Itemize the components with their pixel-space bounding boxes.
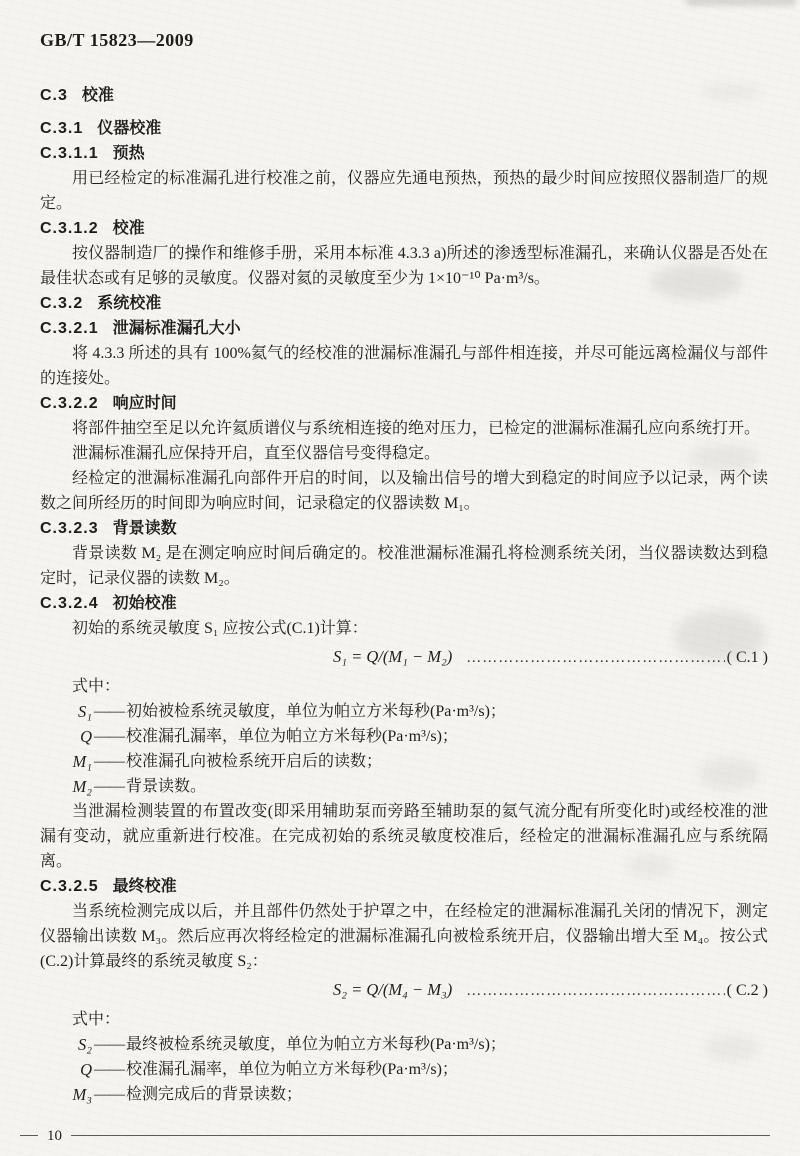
heading-title: 最终校准 (113, 878, 177, 895)
scan-smudge (686, 0, 796, 6)
definition-symbol: M₁ (40, 749, 92, 774)
heading-c324: C.3.2.4初始校准 (40, 591, 768, 616)
definition-dash: —— (92, 1057, 126, 1082)
heading-number: C.3.2 (40, 295, 83, 312)
definition-dash: —— (92, 699, 126, 724)
heading-title: 校准 (82, 87, 114, 104)
heading-title: 响应时间 (113, 395, 177, 412)
heading-number: C.3.2.5 (40, 878, 99, 895)
document-body: C.3校准 C.3.1仪器校准 C.3.1.1预热 用已经检定的标准漏孔进行校准… (40, 83, 768, 1107)
definition-symbol: S₁ (40, 699, 92, 724)
paragraph-warmup: 用已经检定的标准漏孔进行校准之前，仪器应先通电预热，预热的最少时间应按照仪器制造… (40, 166, 768, 216)
formula-expression: S₁ = Q/(M₁ − M₂) (333, 644, 452, 669)
paragraph-response-2: 泄漏标准漏孔应保持开启，直至仪器信号变得稳定。 (40, 441, 768, 466)
heading-title: 初始校准 (113, 595, 177, 612)
heading-number: C.3.2.3 (40, 520, 99, 537)
document-page: GB/T 15823—2009 C.3校准 C.3.1仪器校准 C.3.1.1预… (0, 0, 800, 1156)
paragraph-response-3: 经检定的泄漏标准漏孔向部件开启的时间，以及输出信号的增大到稳定的时间应予以记录，… (40, 466, 768, 516)
formula-number: ( C.2 ) (727, 978, 768, 1003)
definition-row: M₃ —— 检测完成后的背景读数； (40, 1082, 768, 1107)
definition-row: Q —— 校准漏孔漏率，单位为帕立方米每秒(Pa·m³/s)； (40, 724, 768, 749)
definition-text: 背景读数。 (126, 774, 768, 799)
heading-c312: C.3.1.2校准 (40, 216, 768, 241)
definition-text: 校准漏孔向被检系统开启后的读数； (126, 749, 768, 774)
heading-c32: C.3.2系统校准 (40, 291, 768, 316)
definition-dash: —— (92, 749, 126, 774)
heading-number: C.3.2.1 (40, 320, 99, 337)
heading-title: 预热 (113, 145, 145, 162)
heading-number: C.3.1.1 (40, 145, 99, 162)
heading-number: C.3.1 (40, 120, 83, 137)
definition-symbol: M₃ (40, 1082, 92, 1107)
definition-symbol: Q (40, 724, 92, 749)
definition-dash: —— (92, 1082, 126, 1107)
heading-c325: C.3.2.5最终校准 (40, 874, 768, 899)
heading-title: 系统校准 (97, 295, 161, 312)
paragraph-response-1: 将部件抽空至足以允许氦质谱仪与系统相连接的绝对压力，已检定的泄漏标准漏孔应向系统… (40, 416, 768, 441)
heading-c323: C.3.2.3背景读数 (40, 516, 768, 541)
definition-symbol: M₂ (40, 774, 92, 799)
paragraph-calibration: 按仪器制造厂的操作和维修手册，采用本标准 4.3.3 a)所述的渗透型标准漏孔，… (40, 241, 768, 291)
heading-title: 背景读数 (113, 520, 177, 537)
definition-row: Q —— 校准漏孔漏率，单位为帕立方米每秒(Pa·m³/s)； (40, 1057, 768, 1082)
definition-symbol: Q (40, 1057, 92, 1082)
definition-symbol: S₂ (40, 1032, 92, 1057)
definition-text: 最终被检系统灵敏度，单位为帕立方米每秒(Pa·m³/s)； (126, 1032, 768, 1057)
footer-rule: 10 (20, 1135, 770, 1136)
formula-c2: S₂ = Q/(M₄ − M₃) ……………………………………………………………… (40, 974, 768, 1007)
definition-dash: —— (92, 774, 126, 799)
standard-number: GB/T 15823—2009 (40, 30, 768, 51)
heading-c31: C.3.1仪器校准 (40, 116, 768, 141)
heading-title: 泄漏标准漏孔大小 (113, 320, 241, 337)
definition-row: M₂ —— 背景读数。 (40, 774, 768, 799)
definition-text: 校准漏孔漏率，单位为帕立方米每秒(Pa·m³/s)； (126, 724, 768, 749)
heading-title: 仪器校准 (97, 120, 161, 137)
heading-c321: C.3.2.1泄漏标准漏孔大小 (40, 316, 768, 341)
formula-leader-dots: …………………………………………………………………… (466, 979, 724, 1004)
paragraph-leak-size: 将 4.3.3 所述的具有 100%氦气的经校准的泄漏标准漏孔与部件相连接，并尽… (40, 341, 768, 391)
heading-number: C.3.1.2 (40, 220, 99, 237)
formula-expression: S₂ = Q/(M₄ − M₃) (333, 977, 452, 1002)
definition-text: 检测完成后的背景读数； (126, 1082, 768, 1107)
definition-dash: —— (92, 724, 126, 749)
formula-c1: S₁ = Q/(M₁ − M₂) ……………………………………………………………… (40, 641, 768, 674)
heading-c311: C.3.1.1预热 (40, 141, 768, 166)
definition-row: S₂ —— 最终被检系统灵敏度，单位为帕立方米每秒(Pa·m³/s)； (40, 1032, 768, 1057)
definition-text: 初始被检系统灵敏度，单位为帕立方米每秒(Pa·m³/s)； (126, 699, 768, 724)
paragraph-recalibrate: 当泄漏检测装置的布置改变(即采用辅助泵而旁路至辅助泵的氦气流分配有所变化时)或经… (40, 799, 768, 874)
heading-number: C.3.2.2 (40, 395, 99, 412)
heading-number: C.3 (40, 87, 68, 104)
definition-row: S₁ —— 初始被检系统灵敏度，单位为帕立方米每秒(Pa·m³/s)； (40, 699, 768, 724)
definition-text: 校准漏孔漏率，单位为帕立方米每秒(Pa·m³/s)； (126, 1057, 768, 1082)
formula-leader-dots: …………………………………………………………………… (466, 646, 724, 671)
heading-c3: C.3校准 (40, 83, 768, 108)
definition-row: M₁ —— 校准漏孔向被检系统开启后的读数； (40, 749, 768, 774)
where-label: 式中： (40, 1007, 768, 1032)
paragraph-background: 背景读数 M₂ 是在测定响应时间后确定的。校准泄漏标准漏孔将检测系统关闭，当仪器… (40, 541, 768, 591)
heading-title: 校准 (113, 220, 145, 237)
heading-number: C.3.2.4 (40, 595, 99, 612)
where-label: 式中： (40, 674, 768, 699)
heading-c322: C.3.2.2响应时间 (40, 391, 768, 416)
page-number: 10 (38, 1123, 71, 1149)
formula-number: ( C.1 ) (727, 645, 768, 670)
paragraph-initial-intro: 初始的系统灵敏度 S₁ 应按公式(C.1)计算： (40, 616, 768, 641)
paragraph-final-intro: 当系统检测完成以后，并且部件仍然处于护罩之中，在经检定的泄漏标准漏孔关闭的情况下… (40, 899, 768, 974)
definition-dash: —— (92, 1032, 126, 1057)
